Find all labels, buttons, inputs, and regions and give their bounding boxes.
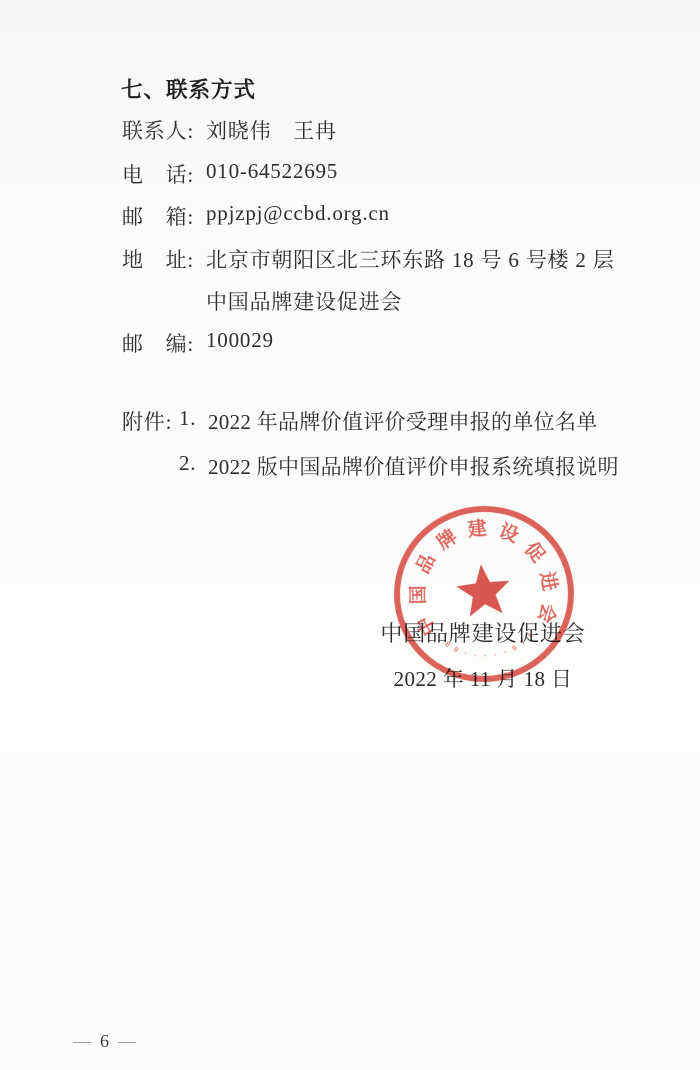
page-footer: — 6 — xyxy=(73,1031,136,1052)
phone-label: 电 话: xyxy=(122,159,194,189)
seal-arc-text: 中国品牌建设促进会 xyxy=(385,497,564,516)
footer-dash-right: — xyxy=(118,1031,136,1052)
email-value: ppjzpj@ccbd.org.cn xyxy=(206,201,390,226)
attachment-2-title: 2022 版中国品牌价值评价申报系统填报说明 xyxy=(208,451,619,481)
zip-label: 邮 编: xyxy=(122,328,194,358)
attachment-2-number: 2. xyxy=(179,451,196,476)
signature-date: 2022 年 11 月 18 日 xyxy=(371,663,595,693)
contact-person-label: 联系人: xyxy=(122,115,194,145)
contact-person-value: 刘晓伟 王冉 xyxy=(206,115,337,145)
email-label: 邮 箱: xyxy=(122,201,194,231)
star-icon xyxy=(451,560,517,624)
contact-row-phone: 电 话: 010-64522695 xyxy=(122,159,194,189)
contact-row-person: 联系人: 刘晓伟 王冉 xyxy=(122,115,194,145)
address-label: 地 址: xyxy=(122,244,194,274)
contact-row-zip: 邮 编: 100029 xyxy=(122,328,194,358)
signature-block: 中国品牌建设促进会 2022 年 11 月 18 日 xyxy=(371,617,595,693)
attachment-1-number: 1. xyxy=(179,406,196,431)
zip-value: 100029 xyxy=(206,328,274,353)
contact-row-email: 邮 箱: ppjzpj@ccbd.org.cn xyxy=(122,201,194,231)
attachments-row-1: 附件: 1. 2022 年品牌价值评价受理申报的单位名单 xyxy=(122,406,172,436)
phone-value: 010-64522695 xyxy=(206,159,338,184)
address-value-line1: 北京市朝阳区北三环东路 18 号 6 号楼 2 层 xyxy=(206,244,615,274)
page-number: 6 xyxy=(100,1031,109,1052)
section-heading: 七、联系方式 xyxy=(121,73,256,104)
footer-dash-left: — xyxy=(73,1031,91,1052)
seal-serial-number: 170·····08 xyxy=(385,497,564,516)
attachments-label: 附件: xyxy=(122,406,172,436)
attachment-1-title: 2022 年品牌价值评价受理申报的单位名单 xyxy=(208,406,598,436)
contact-row-address: 地 址: 北京市朝阳区北三环东路 18 号 6 号楼 2 层 xyxy=(122,244,194,274)
address-value-line2: 中国品牌建设促进会 xyxy=(206,286,402,316)
signature-org-name: 中国品牌建设促进会 xyxy=(371,617,595,648)
document-page: 七、联系方式 联系人: 刘晓伟 王冉 电 话: 010-64522695 邮 箱… xyxy=(0,0,700,1070)
